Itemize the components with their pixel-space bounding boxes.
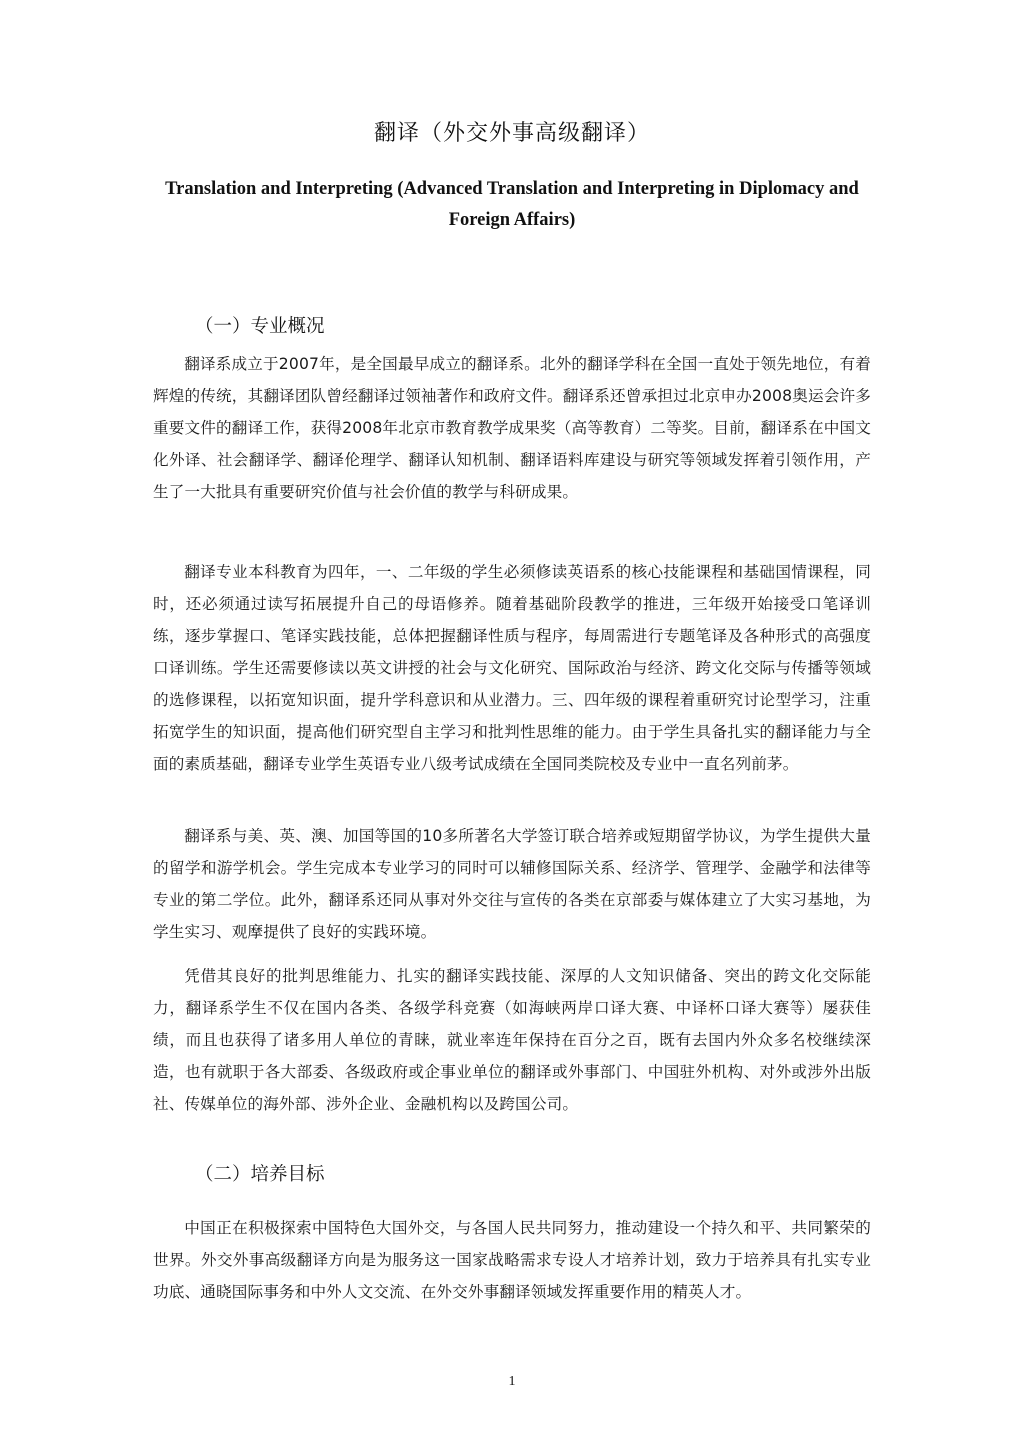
section-heading-overview: （一）专业概况 bbox=[195, 312, 325, 338]
paragraph-overview-curriculum: 翻译专业本科教育为四年，一、二年级的学生必须修读英语系的核心技能课程和基础国情课… bbox=[153, 556, 871, 780]
document-title-chinese: 翻译（外交外事高级翻译） bbox=[0, 116, 1024, 147]
paragraph-objectives: 中国正在积极探索中国特色大国外交，与各国人民共同努力，推动建设一个持久和平、共同… bbox=[153, 1212, 871, 1308]
document-page: 翻译（外交外事高级翻译） Translation and Interpretin… bbox=[0, 0, 1024, 1448]
paragraph-overview-history: 翻译系成立于2007年，是全国最早成立的翻译系。北外的翻译学科在全国一直处于领先… bbox=[153, 348, 871, 508]
paragraph-overview-exchange: 翻译系与美、英、澳、加国等国的10多所著名大学签订联合培养或短期留学协议，为学生… bbox=[153, 820, 871, 948]
page-number: 1 bbox=[0, 1374, 1024, 1390]
document-title-english: Translation and Interpreting (Advanced T… bbox=[150, 174, 874, 236]
section-heading-objectives: （二）培养目标 bbox=[195, 1160, 325, 1186]
paragraph-overview-careers: 凭借其良好的批判思维能力、扎实的翻译实践技能、深厚的人文知识储备、突出的跨文化交… bbox=[153, 960, 871, 1120]
